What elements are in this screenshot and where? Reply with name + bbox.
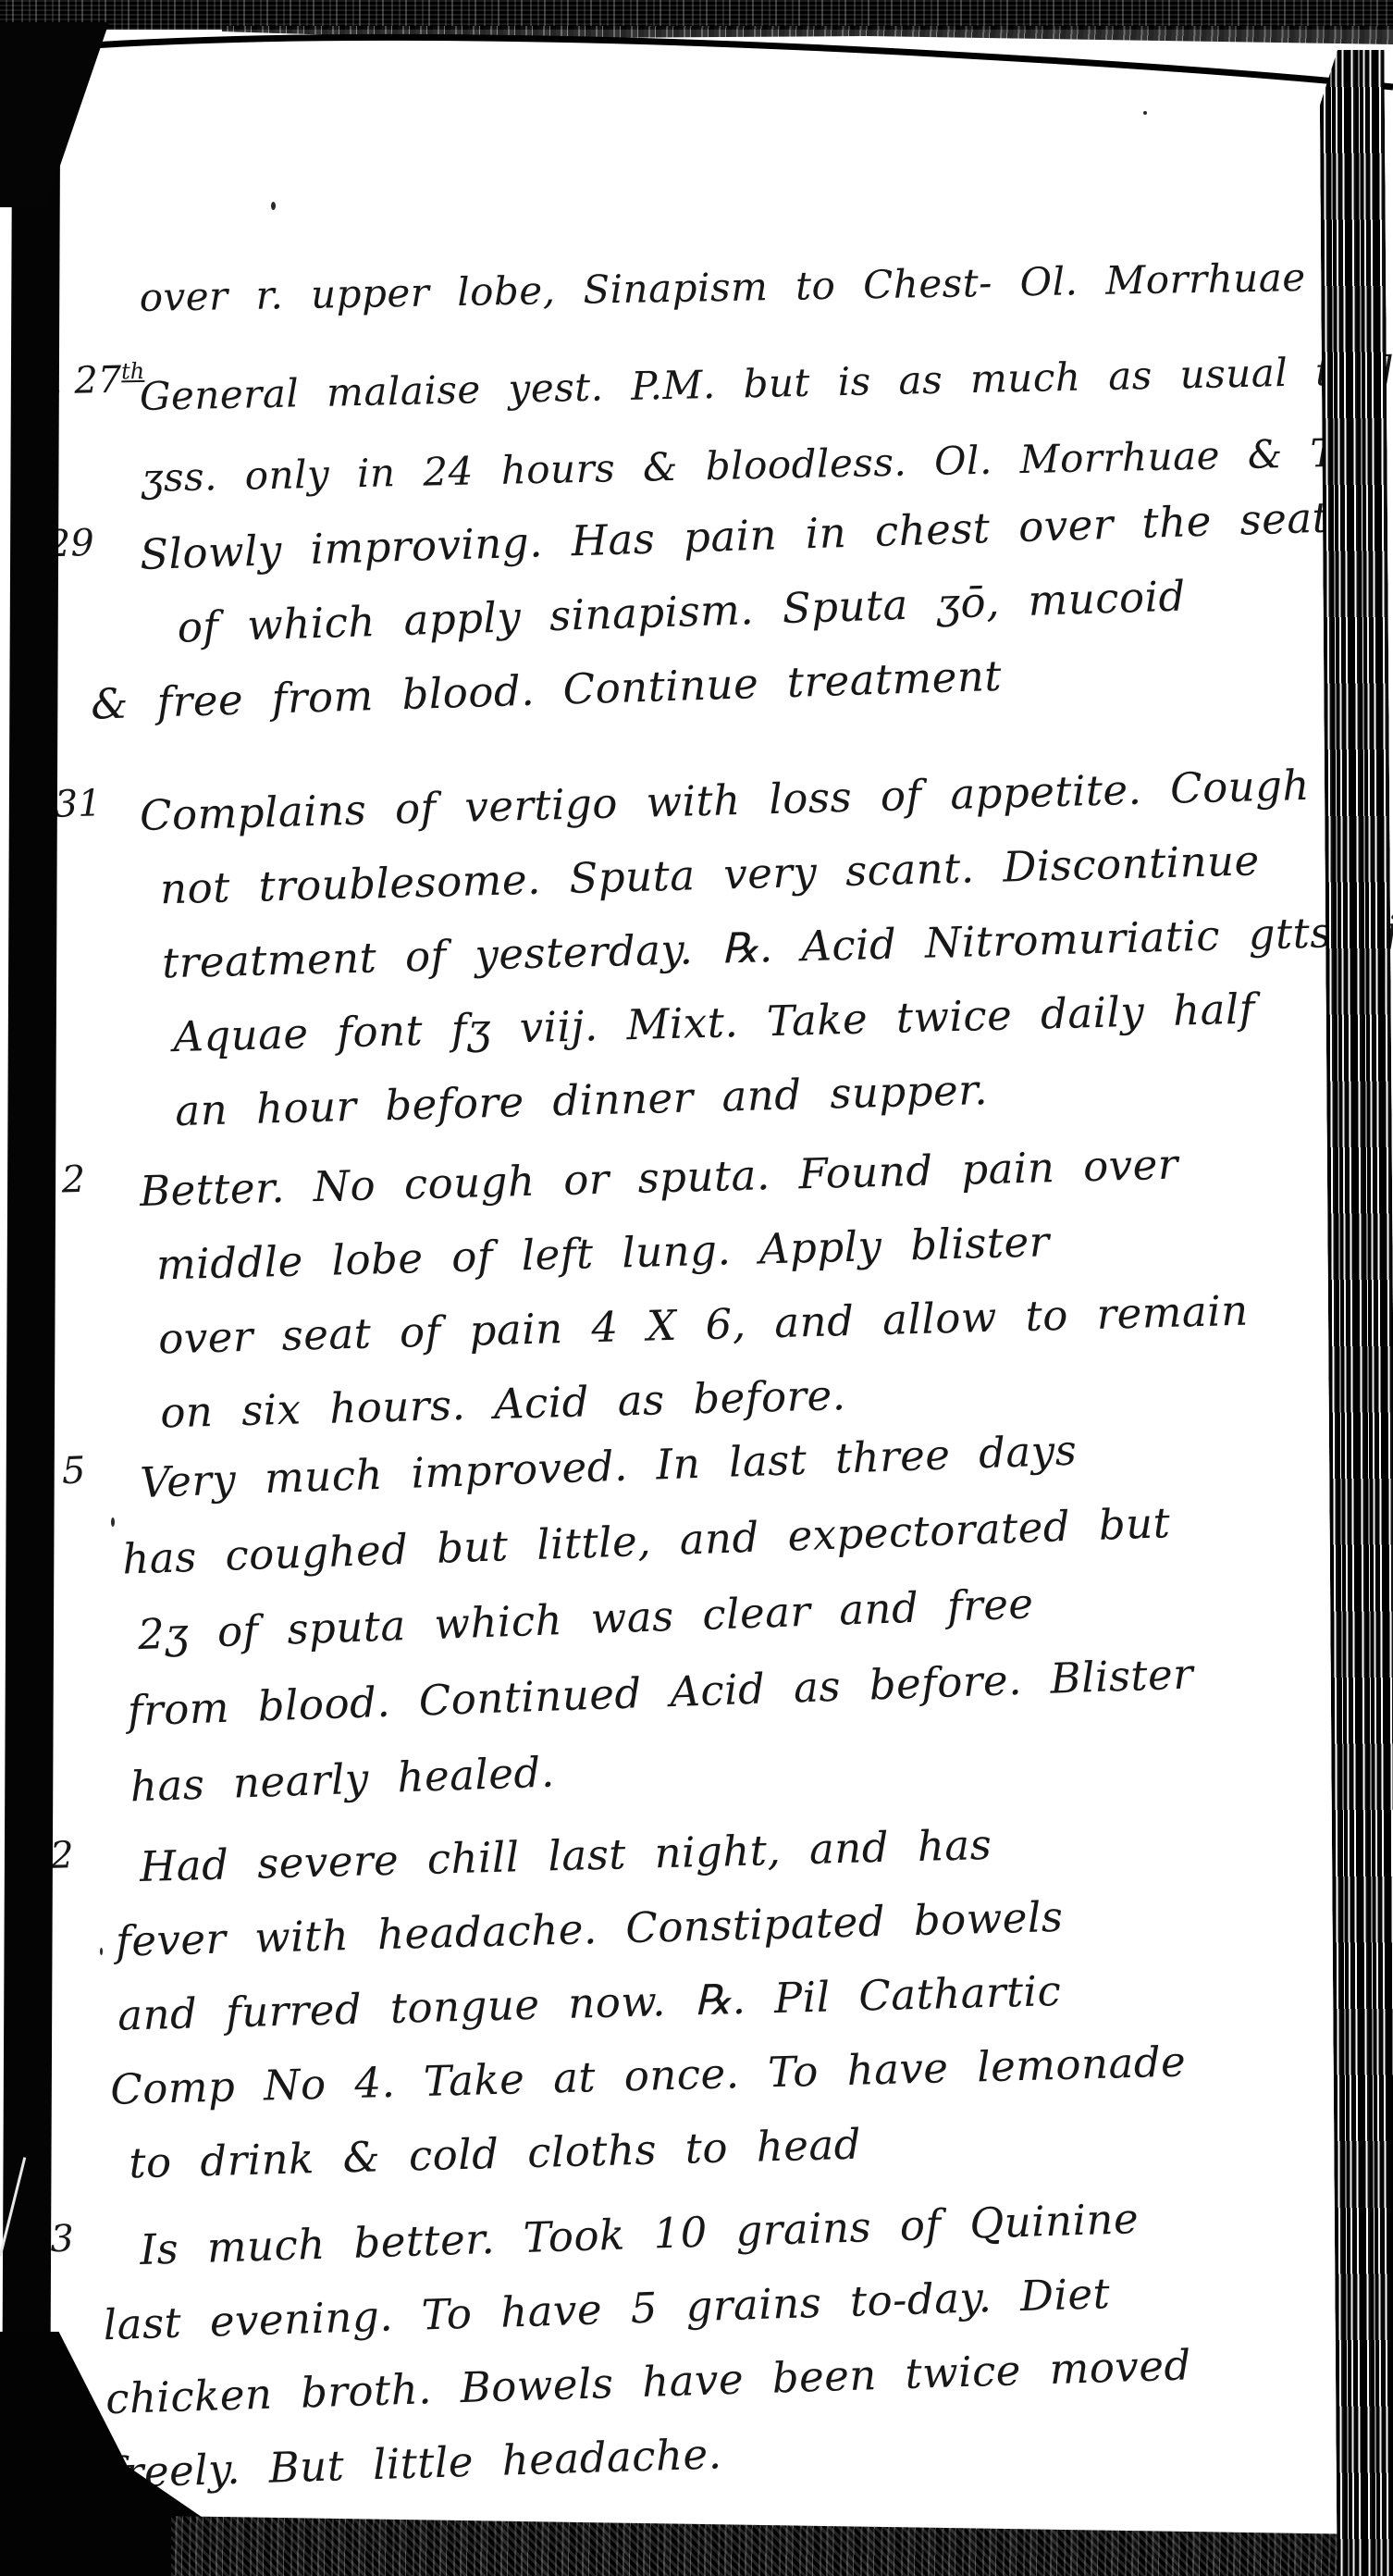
case-entry: 31 Complains of vertigo with loss of app… [139,748,1360,1149]
binding-bar-left [2,22,60,2391]
entry-date: 5 [61,1449,86,1492]
case-entry: 13 Is much better. Took 10 grains of Qui… [139,2175,1359,2509]
case-entry: 29 Slowly improving. Has pain in chest o… [139,480,1357,740]
ink-speck [271,202,276,210]
case-entry: y 2 Better. No cough or sputa. Found pai… [139,1123,1358,1451]
ink-speck [100,1948,103,1955]
entry-date: 31 [54,782,102,826]
manuscript-line: over r. upper lobe, Sinapism to Chest- O… [139,240,1351,335]
scan-bottom-edge-band [171,2509,1393,2576]
page-top-edge-line [0,0,1393,120]
entry-date: 2 [61,1158,86,1202]
ink-speck [111,1517,115,1527]
ink-speck [1143,111,1147,115]
case-entry: 5 Very much improved. In last three days… [139,1403,1363,1824]
case-entry: 12 Had severe chill last night, and has … [139,1799,1360,2200]
manuscript-header-line: over r. upper lobe, Sinapism to Chest- O… [139,240,1351,335]
scanned-manuscript-page: over r. upper lobe, Sinapism to Chest- O… [0,0,1393,2576]
